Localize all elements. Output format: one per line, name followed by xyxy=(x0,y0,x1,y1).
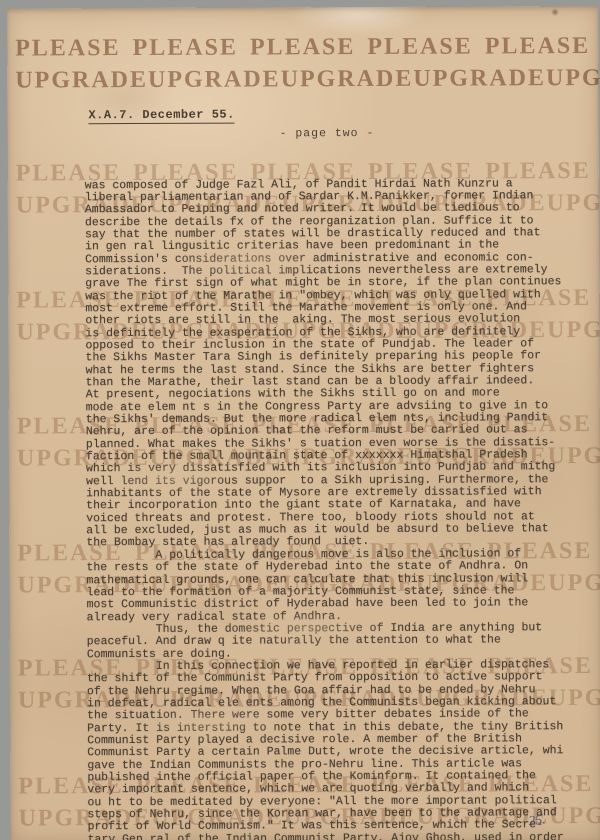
watermark-word-upgrade: UPGRADE xyxy=(15,66,148,94)
scan-background: PLEASEPLEASEPLEASEPLEASEPLEASEUPGRADEUPG… xyxy=(0,0,600,840)
watermark-word-please: PLEASE xyxy=(133,34,238,61)
watermark-word-upgrade: UPGRADE xyxy=(281,65,414,93)
handwritten-page-number: 25. xyxy=(528,811,547,829)
watermark-word-please: PLEASE xyxy=(485,33,590,60)
typed-body-text: was composed of Judge Fazl Ali, of Pandi… xyxy=(85,178,564,840)
watermark-word-please: PLEASE xyxy=(367,33,472,60)
document-reference: X.A.7. December 55. xyxy=(88,108,234,125)
watermark-word-please: PLEASE xyxy=(15,35,120,62)
watermark-line: UPGRADEUPGRADEUPGRADEUPGRADEUPGRADE xyxy=(7,62,598,97)
watermark-line: PLEASEPLEASEPLEASEPLEASEPLEASE xyxy=(7,30,598,65)
watermark-row: PLEASEPLEASEPLEASEPLEASEPLEASEUPGRADEUPG… xyxy=(7,30,598,97)
page-label: - page two - xyxy=(280,127,375,140)
watermark-word-upgrade: UPGRADE xyxy=(148,66,281,94)
watermark-word-please: PLEASE xyxy=(250,34,355,61)
watermark-word-upgrade: UPGRADE xyxy=(413,65,546,93)
watermark-word-upgrade: UPGRADE xyxy=(546,64,600,92)
paper: PLEASEPLEASEPLEASEPLEASEPLEASEUPGRADEUPG… xyxy=(7,6,600,840)
